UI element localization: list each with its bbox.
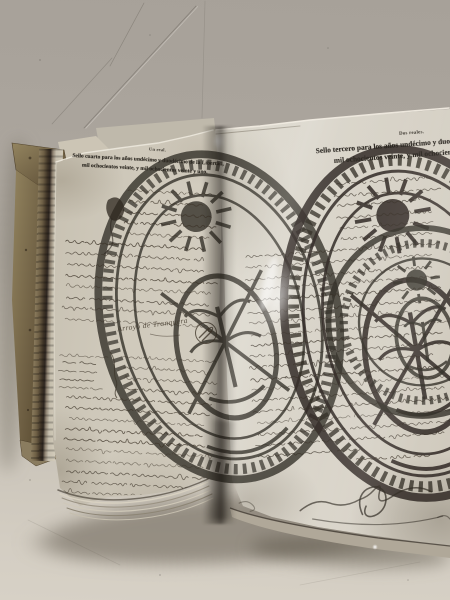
table-specular-dot	[371, 543, 379, 551]
gutter-shadow-lower	[206, 420, 237, 521]
fore-edge-stack	[58, 479, 213, 520]
handwriting-margin-note	[58, 353, 109, 390]
photo-canvas: Un real. Sello cuarto para los años undé…	[0, 0, 450, 600]
left-denomination-label: Un real.	[149, 147, 166, 153]
